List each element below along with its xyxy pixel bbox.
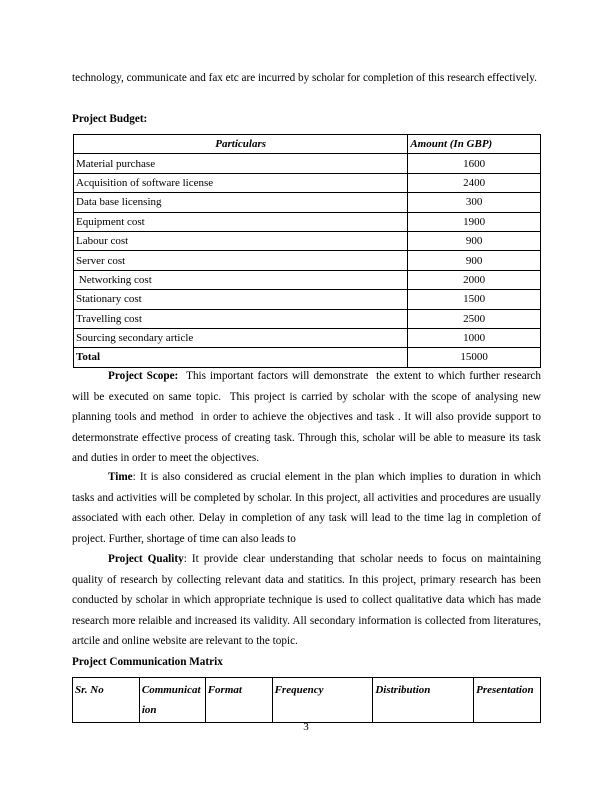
amount-cell: 300 [408, 193, 541, 212]
amount-cell: 2400 [408, 173, 541, 192]
item-cell: Sourcing secondary article [74, 328, 408, 347]
budget-table: Particulars Amount (In GBP) Material pur… [73, 134, 541, 368]
column-header-format: Format [205, 678, 272, 723]
amount-cell: 900 [408, 251, 541, 270]
total-label: Total [74, 348, 408, 367]
table-row: Travelling cost2500 [74, 309, 541, 328]
table-row: Material purchase1600 [74, 154, 541, 173]
amount-cell: 900 [408, 231, 541, 250]
table-row: Labour cost900 [74, 231, 541, 250]
amount-cell: 2500 [408, 309, 541, 328]
page-number: 3 [0, 721, 612, 733]
scope-label: Project Scope: [108, 370, 178, 382]
column-header-communication: Communication [139, 678, 205, 723]
amount-cell: 2000 [408, 270, 541, 289]
time-text: : It is also considered as crucial eleme… [72, 471, 541, 545]
document-page: technology, communicate and fax etc are … [0, 0, 612, 792]
quality-paragraph: Project Quality: It provide clear unders… [72, 549, 541, 652]
time-label: Time [108, 471, 133, 483]
matrix-header-row: Sr. No Communication Format Frequency Di… [73, 678, 541, 723]
item-cell: Equipment cost [74, 212, 408, 231]
amount-cell: 1900 [408, 212, 541, 231]
budget-heading: Project Budget: [72, 113, 147, 125]
scope-paragraph: Project Scope: This important factors wi… [72, 366, 541, 469]
amount-cell: 1500 [408, 290, 541, 309]
item-cell: Acquisition of software license [74, 173, 408, 192]
column-header-amount: Amount (In GBP) [408, 135, 541, 154]
scope-text: This important factors will demonstrate … [72, 370, 544, 464]
quality-text: : It provide clear understanding that sc… [72, 553, 541, 647]
table-row: Equipment cost1900 [74, 212, 541, 231]
item-cell: Material purchase [74, 154, 408, 173]
table-row: Data base licensing300 [74, 193, 541, 212]
table-row: Acquisition of software license2400 [74, 173, 541, 192]
table-row: Sourcing secondary article1000 [74, 328, 541, 347]
budget-header-row: Particulars Amount (In GBP) [74, 135, 541, 154]
item-cell: Data base licensing [74, 193, 408, 212]
amount-cell: 1600 [408, 154, 541, 173]
table-row: Server cost900 [74, 251, 541, 270]
column-header-frequency: Frequency [272, 678, 373, 723]
column-header-sr-no: Sr. No [73, 678, 140, 723]
item-cell: Stationary cost [74, 290, 408, 309]
item-cell: Travelling cost [74, 309, 408, 328]
amount-cell: 1000 [408, 328, 541, 347]
total-amount: 15000 [408, 348, 541, 367]
total-row: Total15000 [74, 348, 541, 367]
time-paragraph: Time: It is also considered as crucial e… [72, 467, 541, 549]
item-cell: Networking cost [74, 270, 408, 289]
matrix-heading: Project Communication Matrix [72, 656, 223, 668]
column-header-distribution: Distribution [373, 678, 474, 723]
item-cell: Labour cost [74, 231, 408, 250]
communication-matrix-table: Sr. No Communication Format Frequency Di… [72, 677, 541, 723]
table-row: Networking cost2000 [74, 270, 541, 289]
column-header-particulars: Particulars [74, 135, 408, 154]
table-row: Stationary cost1500 [74, 290, 541, 309]
item-cell: Server cost [74, 251, 408, 270]
column-header-presentation: Presentation [474, 678, 541, 723]
quality-label: Project Quality [108, 553, 184, 565]
intro-paragraph: technology, communicate and fax etc are … [72, 68, 541, 89]
